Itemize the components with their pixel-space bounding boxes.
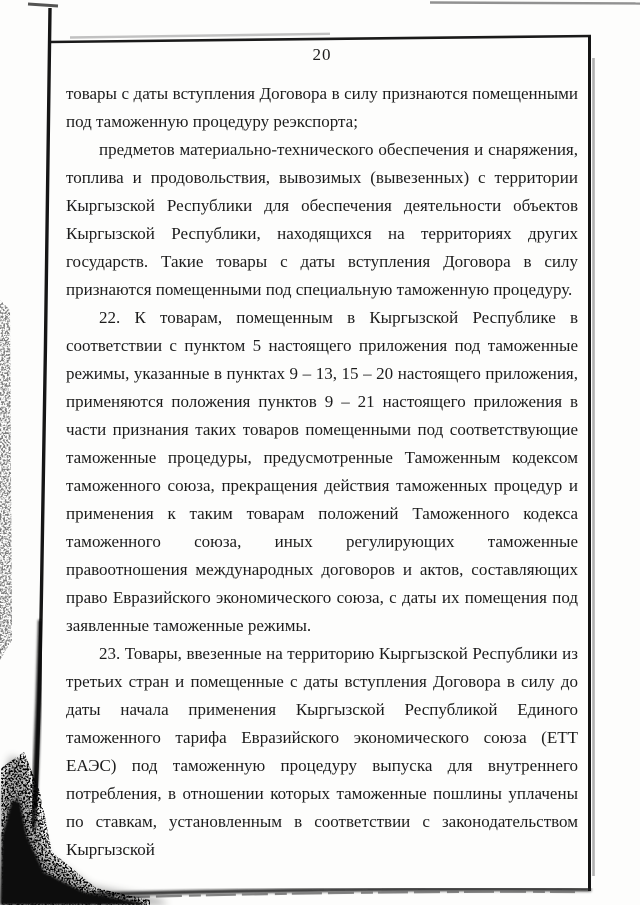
page-border-left-lower	[33, 620, 41, 828]
document-text: товары с даты вступления Договора в силу…	[66, 80, 578, 864]
page-bottom-smudge	[54, 889, 591, 896]
scan-mark-top-left	[28, 4, 58, 6]
paragraph-item-23: 23. Товары, ввезенные на территорию Кырг…	[66, 640, 578, 864]
page-bottom-smudge-texture	[70, 892, 575, 899]
scan-mark-top-right	[430, 3, 640, 4]
page-border-left	[36, 8, 51, 808]
paragraph-supply-items: предметов материально-технического обесп…	[66, 136, 578, 304]
page-border-top	[49, 36, 591, 42]
scanned-document-page: 20 товары с даты вступления Договора в с…	[0, 0, 640, 905]
page-number: 20	[66, 45, 578, 65]
page-border-top-shadow	[70, 34, 330, 38]
paragraph-item-22: 22. К товарам, помещенным в Кыргызской Р…	[66, 304, 578, 640]
paragraph-reexport-continuation: товары с даты вступления Договора в силу…	[66, 80, 578, 136]
scan-left-edge-specks	[0, 300, 12, 660]
